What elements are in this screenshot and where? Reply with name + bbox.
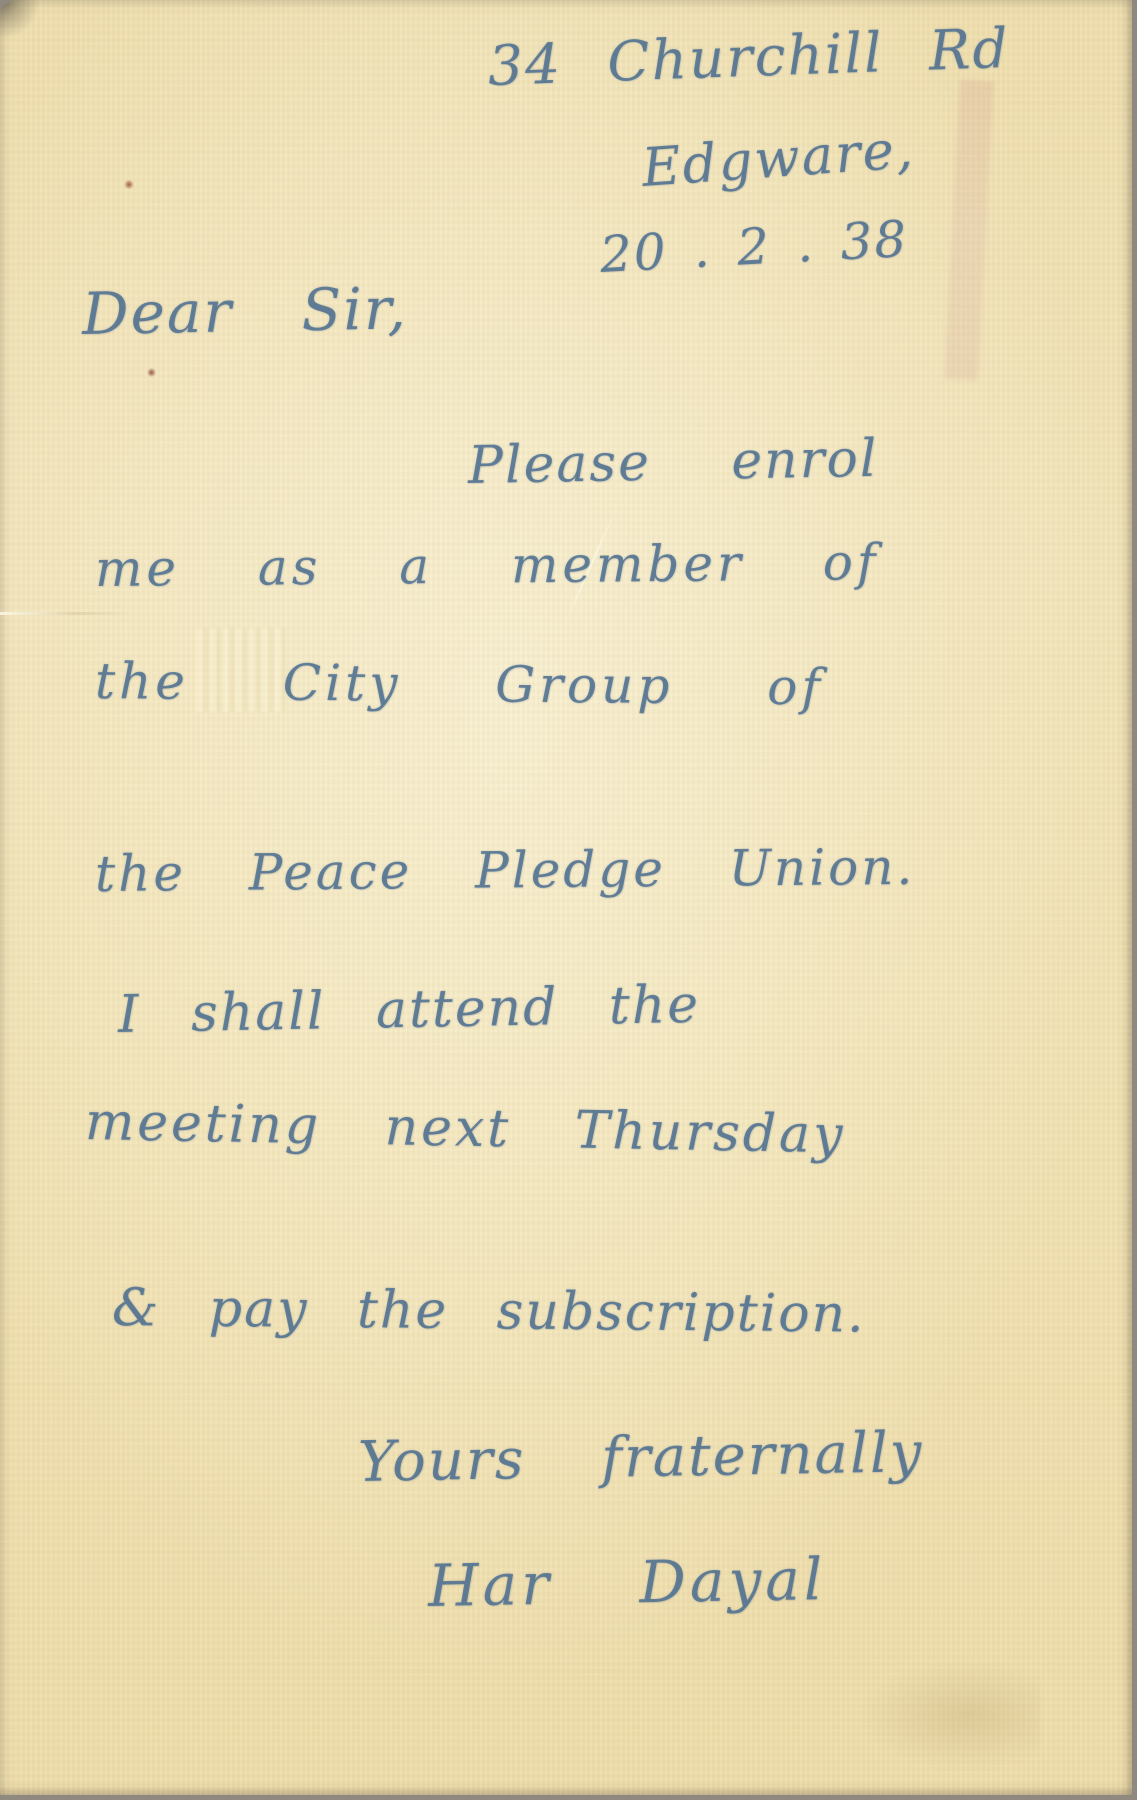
faint-edge-marking [944, 79, 994, 380]
address-line-2: Edgware, [640, 119, 917, 199]
signature: Har Dayal [427, 1545, 826, 1620]
letter-paper: 34 Churchill Rd Edgware, 20 . 2 . 38 Dea… [0, 0, 1132, 1795]
address-line-1: 34 Churchill Rd [487, 16, 1011, 98]
body-line-2: me as a member of [95, 533, 880, 598]
body-line-3: the City Group of [95, 652, 824, 716]
ink-speck [147, 368, 156, 377]
salutation: Dear Sir, [81, 274, 408, 348]
body-line-1: Please enrol [467, 429, 878, 496]
body-line-4: the Peace Pledge Union. [95, 838, 916, 903]
scanned-letter: 34 Churchill Rd Edgware, 20 . 2 . 38 Dea… [0, 0, 1137, 1800]
body-line-7: & pay the subscription. [112, 1278, 866, 1345]
closing: Yours fraternally [357, 1420, 923, 1495]
body-line-5: I shall attend the [117, 975, 700, 1045]
corner-smudge [0, 0, 46, 38]
ink-speck [124, 180, 134, 189]
date-line: 20 . 2 . 38 [598, 210, 909, 284]
paper-crease [0, 612, 130, 615]
paper-smudge [860, 1660, 1040, 1770]
body-line-6: meeting next Thursday [84, 1092, 846, 1165]
